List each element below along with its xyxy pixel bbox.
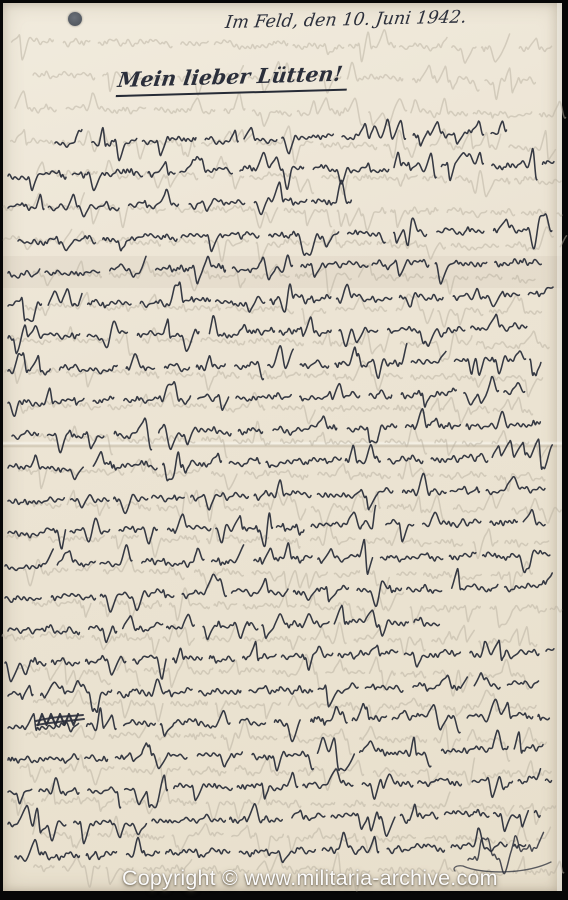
scanned-letter-photo: Im Feld, den 10. Juni 1942. Mein lieber … <box>0 0 568 900</box>
stroke-path <box>8 699 549 741</box>
stroke-path <box>18 655 528 696</box>
handwriting-strokes <box>0 0 568 900</box>
stroke-path <box>18 393 540 424</box>
stroke-path <box>8 473 554 513</box>
stroke-path <box>8 255 552 284</box>
punch-hole <box>68 12 82 26</box>
stroke-path <box>15 91 565 126</box>
stroke-path <box>5 569 552 612</box>
stroke-path <box>11 783 555 824</box>
stroke-path <box>12 30 562 63</box>
body-handwriting <box>5 119 554 862</box>
stroke-path <box>5 540 550 575</box>
stroke-path <box>8 377 525 417</box>
stroke-path <box>3 227 566 261</box>
ink-strikeout <box>36 714 84 725</box>
stroke-path <box>8 314 527 353</box>
stroke-path <box>11 126 556 164</box>
stroke-path <box>8 673 539 712</box>
stroke-path <box>15 828 526 862</box>
stroke-path <box>8 344 541 380</box>
stroke-path <box>12 409 551 453</box>
stroke-path <box>18 214 552 255</box>
copyright-watermark: Copyright © www.militaria-archive.com <box>122 866 498 891</box>
